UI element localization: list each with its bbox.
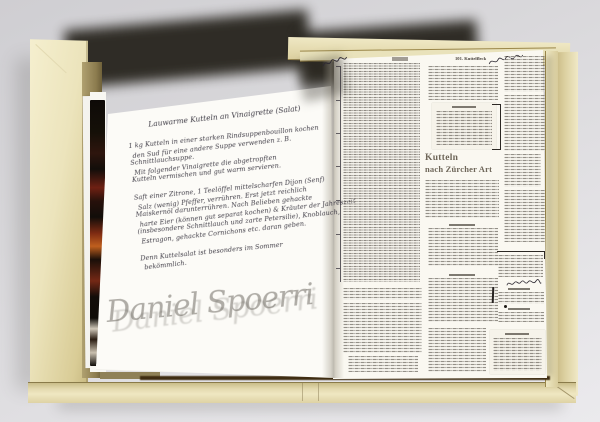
printed-paragraph: [428, 328, 486, 372]
ink-tick-mark: [336, 133, 340, 134]
printed-index-column: [343, 63, 420, 282]
ink-scribble-margin-name: [506, 279, 542, 288]
printed-paragraph: [343, 288, 422, 300]
box-left-wall: [30, 39, 88, 395]
printed-paragraph: [343, 303, 422, 353]
column-running-head: [392, 57, 408, 61]
printed-paragraph: [504, 154, 541, 187]
recipe-number-header: [449, 224, 475, 226]
ink-margin-line: [340, 66, 341, 282]
printed-paragraph: [504, 95, 545, 151]
ink-blot: [504, 305, 507, 308]
printed-paragraph: [498, 312, 544, 322]
clipping-heading: 101. Kuttelfleck: [455, 56, 486, 61]
pasted-clipping: [490, 330, 545, 374]
printed-paragraph: [498, 292, 544, 304]
clipping-header-line: [452, 106, 476, 108]
recipe-number-header: [505, 333, 529, 335]
ink-tick-mark: [336, 234, 340, 235]
recipe-number-header: [508, 308, 530, 310]
ink-tick-mark: [336, 166, 340, 167]
printed-paragraph: [428, 228, 498, 266]
handwritten-recipe: Lauwarme Kutteln an Vinaigrette (Salat) …: [126, 100, 357, 281]
ink-tick-mark: [336, 100, 340, 101]
pasted-clipping: [498, 255, 543, 277]
section-title-line1: Kutteln: [425, 153, 458, 163]
printed-paragraph: [425, 180, 499, 218]
printed-paragraph: [504, 56, 545, 92]
box-spine-seam: [318, 383, 319, 401]
printed-paragraph: [428, 66, 498, 100]
printed-paragraph: [493, 338, 542, 371]
box-spine-seam: [302, 383, 303, 401]
recipe-number-header: [449, 274, 475, 276]
recipe-number-header: [508, 288, 530, 290]
printed-paragraph: [428, 278, 498, 322]
printed-paragraph: [504, 190, 545, 242]
pasted-clipping: [432, 103, 496, 149]
ink-tick-mark: [336, 200, 340, 201]
section-title-line2: nach Zürcher Art: [425, 164, 492, 174]
ink-tick-mark: [336, 268, 340, 269]
printed-paragraph: [348, 356, 418, 372]
photograph-of-open-book-in-box: Lauwarme Kutteln an Vinaigrette (Salat) …: [0, 0, 600, 422]
printed-paragraph: [436, 111, 492, 145]
ink-bracket: [492, 104, 501, 150]
box-right-wall: [556, 52, 578, 396]
